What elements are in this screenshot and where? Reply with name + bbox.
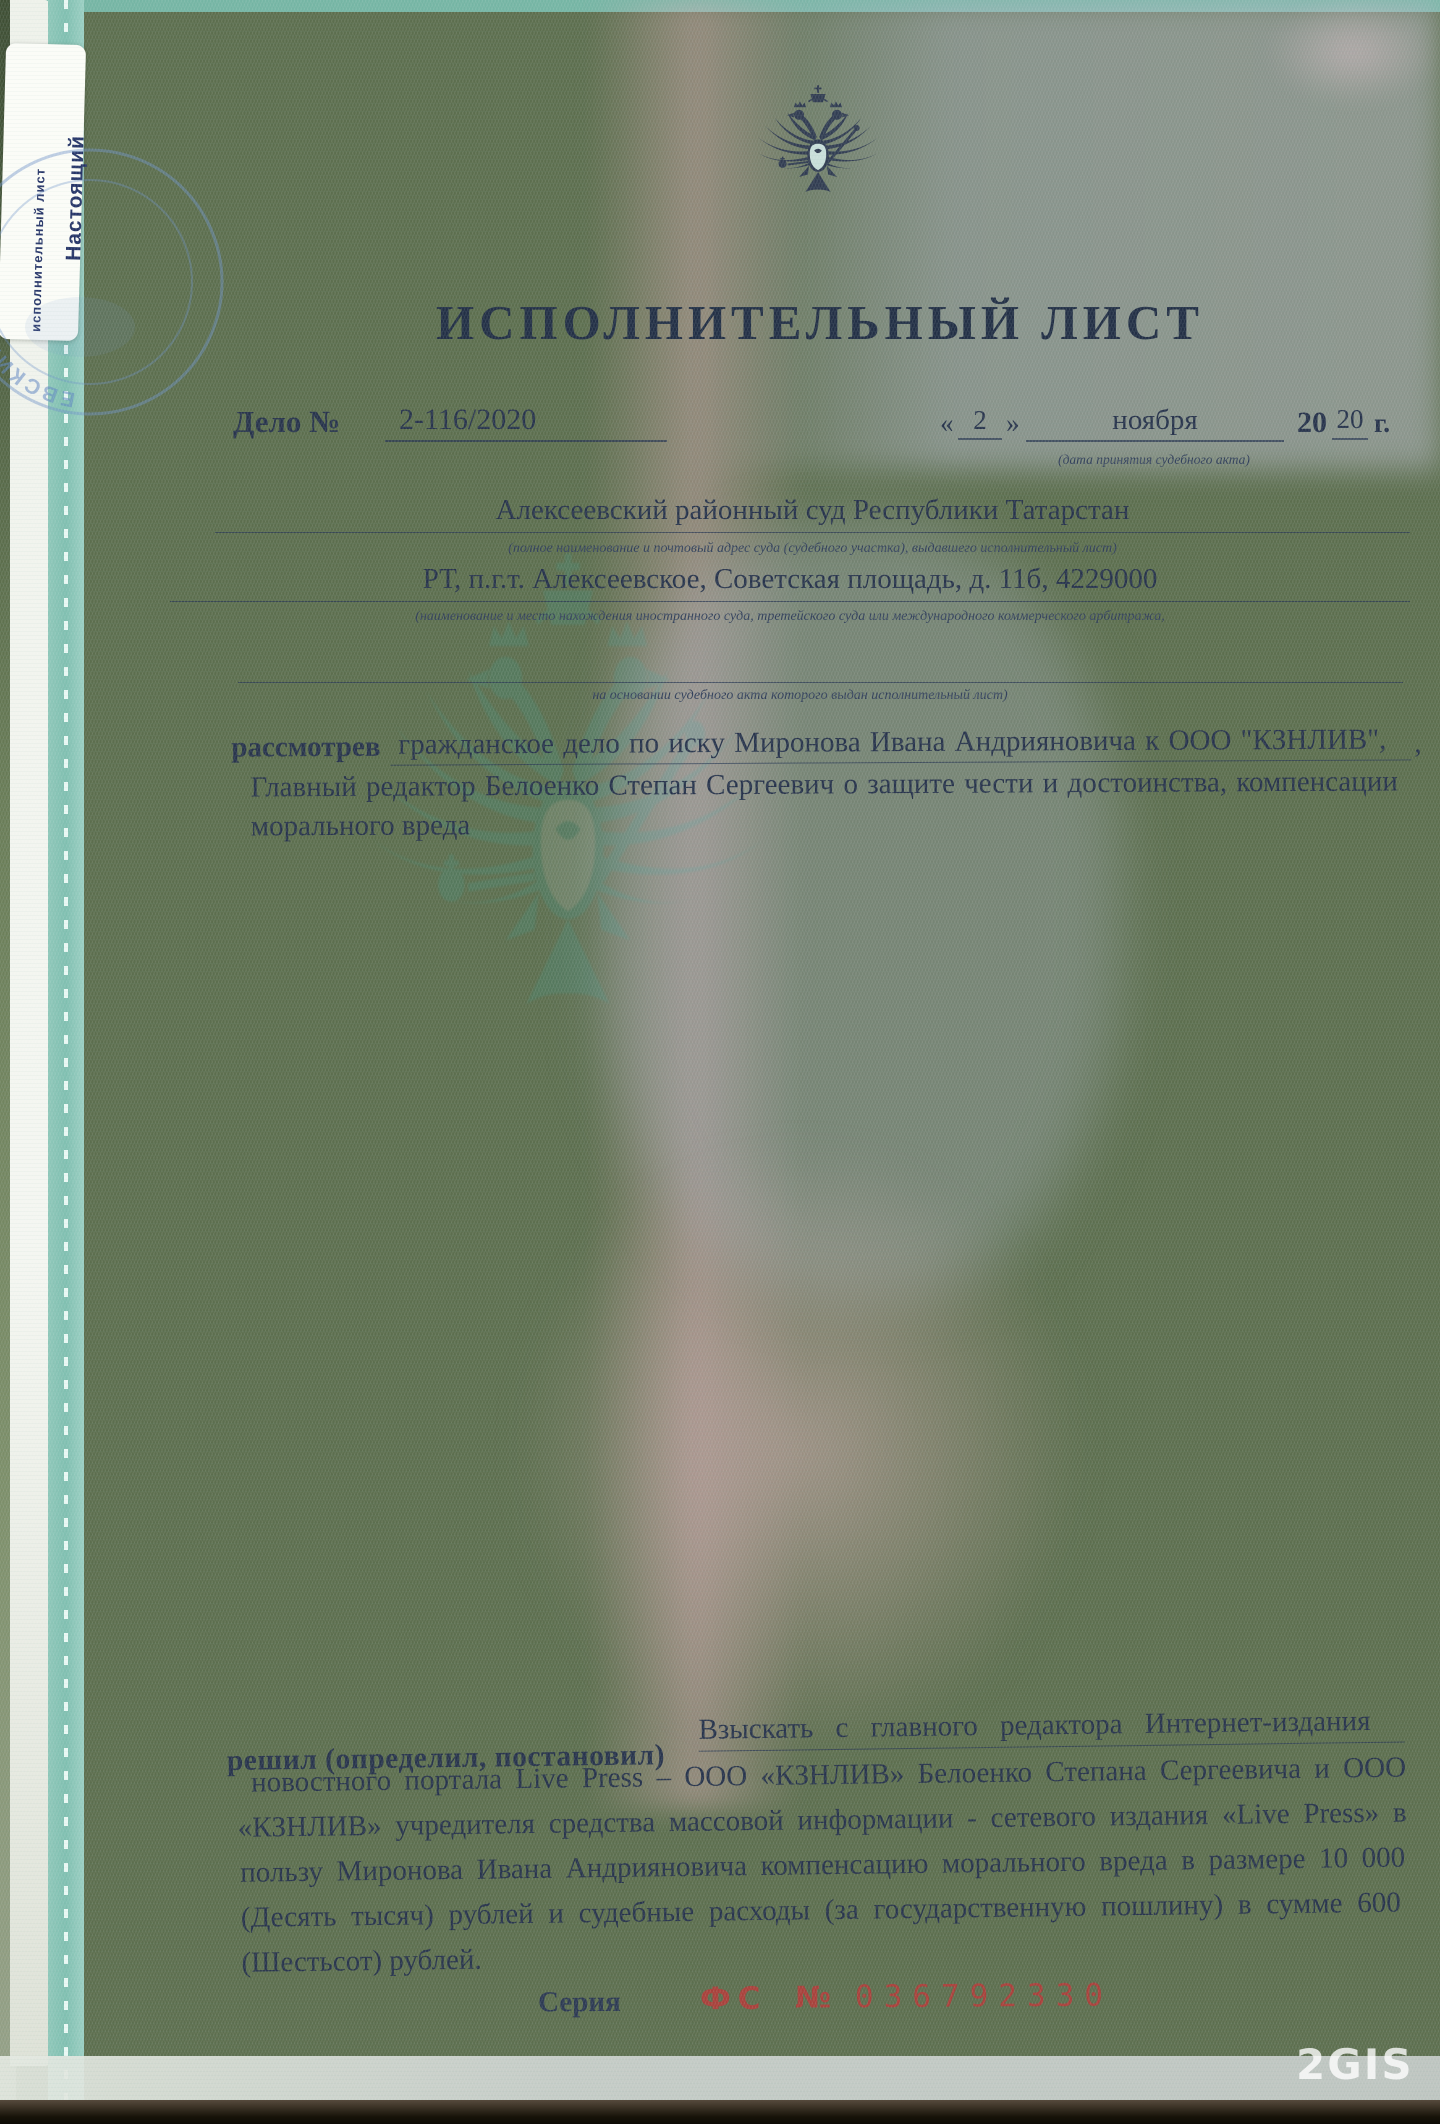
series-number: 036792330 [855,1977,1113,2015]
series-number-sign: № [795,1980,831,2015]
court-round-stamp: ЕВСКИЙ [0,92,260,462]
series-code: ФС [700,1981,768,2017]
photo-bottom-shadow [0,2100,1440,2124]
photo-bottom-surface [0,2056,1440,2104]
2gis-watermark: 2GIS [1296,2040,1414,2089]
series-label: Серия [538,1986,621,2020]
photo-of-writ-of-execution: исполнительный лист Настоящий ЕВСКИЙ ИСП… [0,0,1440,2124]
